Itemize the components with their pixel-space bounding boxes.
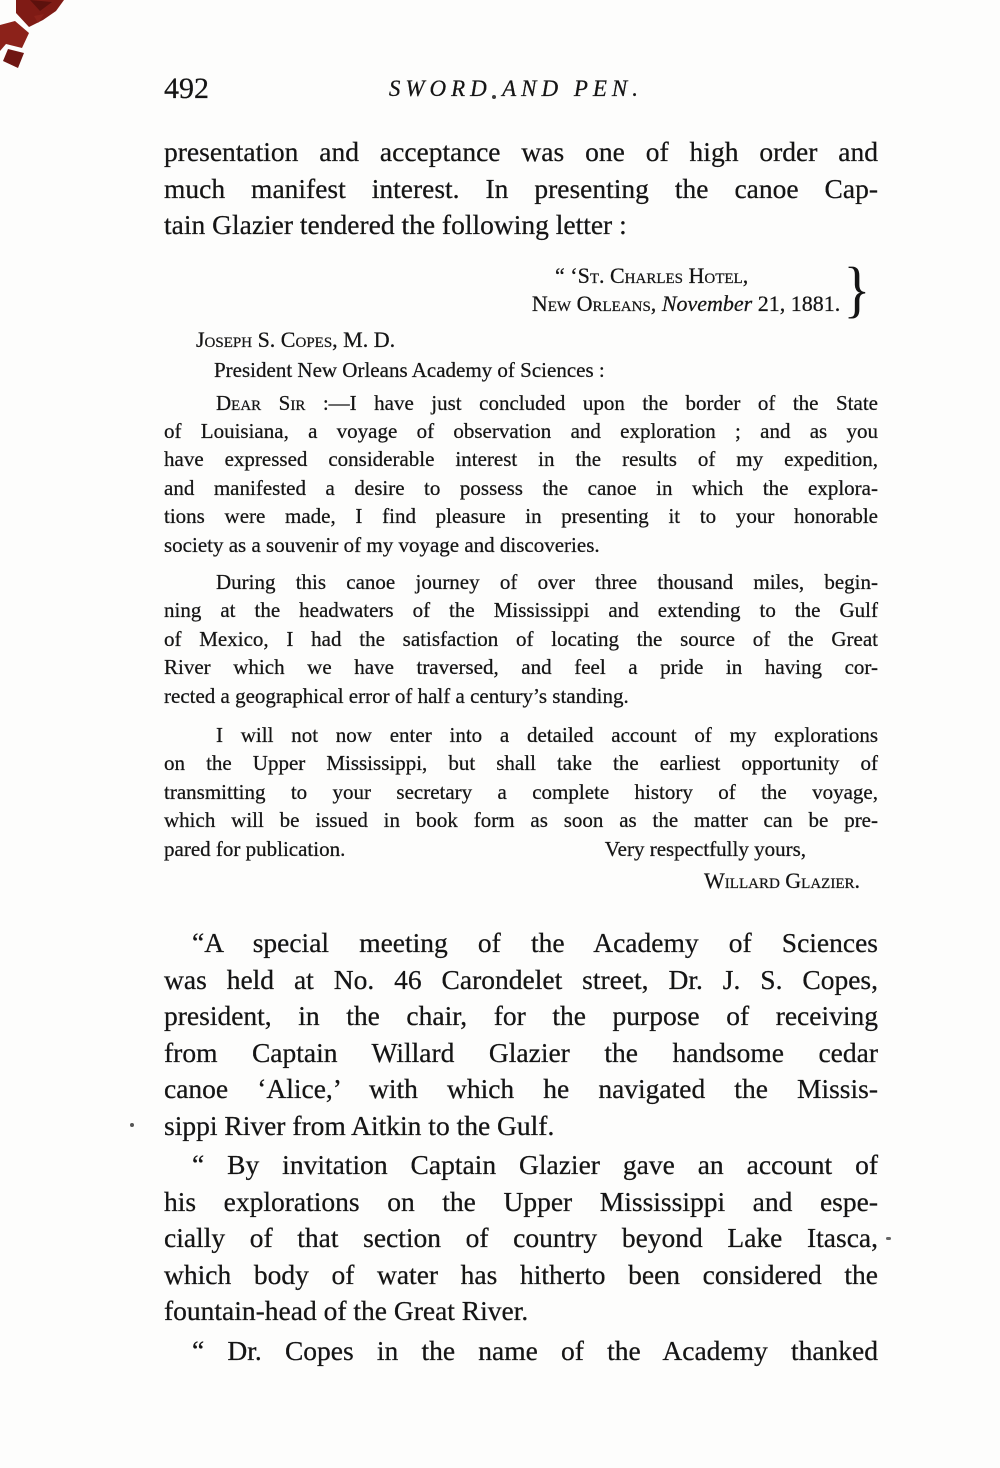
text-line: have expressed considerable interest in … bbox=[164, 445, 878, 473]
text-line: “A special meeting of the Academy of Sci… bbox=[164, 925, 878, 962]
text-line: much manifest interest. In presenting th… bbox=[164, 171, 878, 208]
letter-heading: “ ‘St. Charles Hotel, New Orleans, Novem… bbox=[164, 262, 878, 318]
body-paragraph-1: “A special meeting of the Academy of Sci… bbox=[164, 925, 878, 1144]
text-line: from Captain Willard Glazier the handsom… bbox=[164, 1035, 878, 1072]
page-number: 492 bbox=[164, 72, 209, 105]
text-line: society as a souvenir of my voyage and d… bbox=[164, 531, 878, 559]
recipient-title-line: President New Orleans Academy of Science… bbox=[164, 357, 878, 383]
text-line: of Mexico, I had the satisfaction of loc… bbox=[164, 625, 878, 653]
text-line: River which we have traversed, and feel … bbox=[164, 653, 878, 681]
page-header: 492 SWORD AND PEN. bbox=[164, 0, 878, 106]
text-line: tain Glazier tendered the following lett… bbox=[164, 207, 878, 244]
text-line: presentation and acceptance was one of h… bbox=[164, 134, 878, 171]
text-line: president, in the chair, for the purpose… bbox=[164, 998, 878, 1035]
text-line: which body of water has hitherto been co… bbox=[164, 1257, 878, 1294]
text-line: his explorations on the Upper Mississipp… bbox=[164, 1184, 878, 1221]
ink-speck bbox=[130, 1123, 134, 1127]
salutation: Dear Sir bbox=[216, 391, 305, 415]
text-line: cially of that section of country beyond… bbox=[164, 1220, 878, 1257]
text-line: I will not now enter into a detailed acc… bbox=[164, 721, 878, 749]
intro-paragraph: presentation and acceptance was one of h… bbox=[164, 134, 878, 244]
text-line: “ Dr. Copes in the name of the Academy t… bbox=[164, 1333, 878, 1370]
ink-speck bbox=[886, 1237, 891, 1240]
dateline-month: November bbox=[662, 291, 752, 316]
scanned-book-page: 492 SWORD AND PEN. presentation and acce… bbox=[0, 0, 1000, 1468]
text-line: which will be issued in book form as soo… bbox=[164, 806, 878, 834]
letter-paragraph-1: Dear Sir :—I have just concluded upon th… bbox=[164, 389, 878, 559]
text-line: of Louisiana, a voyage of observation an… bbox=[164, 417, 878, 445]
closing-right: Very respectfully yours, bbox=[605, 835, 806, 863]
text-line: rected a geographical error of half a ce… bbox=[164, 682, 878, 710]
curly-brace: } bbox=[844, 262, 871, 318]
text-line: was held at No. 46 Carondelet street, Dr… bbox=[164, 962, 878, 999]
text-line: on the Upper Mississippi, but shall take… bbox=[164, 749, 878, 777]
recipient-line: Joseph S. Copes, M. D. bbox=[164, 327, 878, 353]
running-title: SWORD AND PEN. bbox=[389, 76, 643, 102]
letter-paragraph-3: I will not now enter into a detailed acc… bbox=[164, 721, 878, 863]
text-line: and manifested a desire to possess the c… bbox=[164, 474, 878, 502]
text-line: Dear Sir :—I have just concluded upon th… bbox=[164, 389, 878, 417]
hotel-line: “ ‘St. Charles Hotel, bbox=[532, 262, 840, 290]
text-line: sippi River from Aitkin to the Gulf. bbox=[164, 1108, 878, 1145]
signature-line: Willard Glazier. bbox=[164, 867, 878, 895]
text-line: “ By invitation Captain Glazier gave an … bbox=[164, 1147, 878, 1184]
text-line: tions were made, I find pleasure in pres… bbox=[164, 502, 878, 530]
text-line: canoe ‘Alice,’ with which he navigated t… bbox=[164, 1071, 878, 1108]
text-line: fountain-head of the Great River. bbox=[164, 1293, 878, 1330]
dateline-line: New Orleans, November 21, 1881. bbox=[532, 290, 840, 318]
red-ink-stain bbox=[0, 0, 74, 74]
body-paragraph-3: “ Dr. Copes in the name of the Academy t… bbox=[164, 1333, 878, 1370]
body-paragraph-2: “ By invitation Captain Glazier gave an … bbox=[164, 1147, 878, 1330]
letter-dateline-group: “ ‘St. Charles Hotel, New Orleans, Novem… bbox=[532, 262, 840, 318]
text-line: ning at the headwaters of the Mississipp… bbox=[164, 596, 878, 624]
text-line: During this canoe journey of over three … bbox=[164, 568, 878, 596]
closing-left: pared for publication. bbox=[164, 835, 345, 863]
letter-paragraph-2: During this canoe journey of over three … bbox=[164, 568, 878, 710]
dateline-place: New Orleans, bbox=[532, 291, 656, 316]
letter-block: “ ‘St. Charles Hotel, New Orleans, Novem… bbox=[164, 262, 878, 896]
text-line: transmitting to your secretary a complet… bbox=[164, 778, 878, 806]
letter-closing-line: pared for publication. Very respectfully… bbox=[164, 835, 878, 863]
dateline-year: 21, 1881. bbox=[758, 291, 841, 316]
